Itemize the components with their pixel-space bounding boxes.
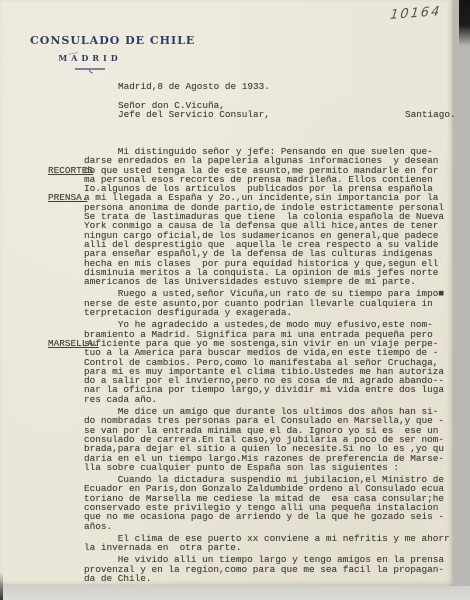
margin-label-recortes-prensa: RECORTES PRENSA. bbox=[48, 147, 93, 221]
margin-label-marsella: MARSELLA. bbox=[48, 320, 99, 366]
letter-body: RECORTES PRENSA. Mi distinguido señor y … bbox=[84, 147, 456, 586]
date-and-recipient-block: Madrid,8 de Agosto de 1933. Señor don C.… bbox=[118, 82, 456, 119]
scan-edge-artifact-bottom-left bbox=[0, 572, 3, 600]
scanned-letter-page: { "colors":{"paper":"#ebe7d8","ink":"#43… bbox=[0, 0, 470, 600]
paragraph: Cuando la dictadura suspendio mi jubilac… bbox=[84, 475, 456, 531]
letterhead: CONSULADO DE CHILE MADRID bbox=[30, 34, 150, 75]
paragraph: Mi distinguido señor y jefe: Pensando en… bbox=[84, 147, 456, 286]
margin-label-line: PRENSA. bbox=[48, 193, 93, 202]
paragraph-wrap-recortes: RECORTES PRENSA. Mi distinguido señor y … bbox=[84, 147, 456, 286]
letterhead-rule bbox=[73, 67, 107, 75]
margin-label-line: RECORTES bbox=[48, 166, 93, 175]
scanner-background-bottom bbox=[0, 586, 470, 600]
paragraph-wrap-marsella: MARSELLA. Yo he agradecido a ustedes,de … bbox=[84, 320, 456, 404]
dateline: Madrid,8 de Agosto de 1933. bbox=[118, 81, 270, 92]
letterhead-city: MADRID bbox=[30, 53, 150, 63]
recipient-title: Jefe del Servicio Consular, bbox=[118, 109, 270, 120]
recipient-city: Santiago. bbox=[405, 109, 456, 120]
letterhead-organization: CONSULADO DE CHILE bbox=[30, 34, 150, 47]
paragraph: El clima de ese puerto xx conviene a mi … bbox=[84, 534, 456, 553]
paragraph: Me dice un amigo que durante los ultimos… bbox=[84, 407, 456, 472]
scan-edge-artifact bbox=[459, 0, 470, 46]
paragraph: Ruego a usted,señor Vicuña,un rato de su… bbox=[84, 289, 456, 317]
margin-label-line: MARSELLA. bbox=[48, 339, 99, 348]
paragraph: Yo he agradecido a ustedes,de modo muy e… bbox=[84, 320, 456, 404]
paragraph: He vivido alli un tiempo largo y tengo a… bbox=[84, 555, 456, 583]
